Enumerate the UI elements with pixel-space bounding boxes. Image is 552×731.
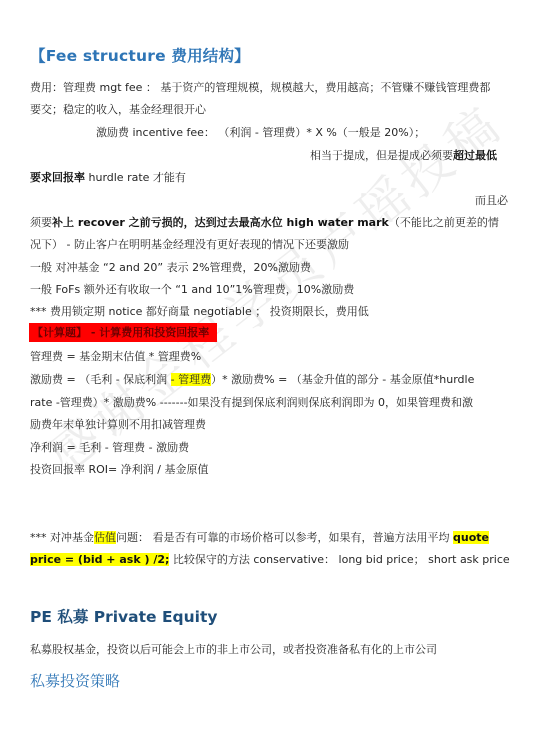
hwm-start: 须要 <box>30 216 52 229</box>
hwm-line-2: 况下） - 防止客户在明明基金经理没有更好表现的情况下还要激励 <box>30 238 349 252</box>
hurdle-line-1: 相当于提成，但是提成必须要超过最低 <box>310 149 497 163</box>
mgt-fee-line-2: 要交；稳定的收入，基金经理很开心 <box>30 103 206 117</box>
calc-question-label: 【计算题】 - 计算费用和投资回报率 <box>29 323 217 342</box>
calc-incentive-line-1: 激励费 = （毛利 - 保底利润 - 管理费）* 激励费% = （基金升值的部分… <box>30 373 474 387</box>
section-title-fee-structure: 【Fee structure 费用结构】 <box>30 44 250 66</box>
calc-mgt-fee: 管理费 = 基金期末估值 * 管理费% <box>30 350 201 364</box>
section-title-pe: PE 私募 Private Equity <box>30 605 217 627</box>
mgt-fee-line-1: 费用：管理费 mgt fee ： 基于资产的管理规模，规模越大，费用越高；不管赚… <box>30 81 490 95</box>
document-page: 感谢金程学员卢瑶投稿 【Fee structure 费用结构】 费用：管理费 m… <box>0 0 552 731</box>
incentive-part-a: 激励费 = （毛利 - 保底利润 <box>30 373 171 386</box>
quote-highlight-2: price = (bid + ask ) /2; <box>30 553 169 566</box>
valuation-line-2: price = (bid + ask ) /2; 比较保守的方法 conserv… <box>30 553 510 567</box>
incentive-part-b: ）* 激励费% = （基金升值的部分 - 基金原值*hurdle <box>211 373 474 386</box>
incentive-fee-line: 激励费 incentive fee： （利润 - 管理费）* X %（一般是 2… <box>96 126 425 140</box>
incentive-highlight: - 管理费 <box>171 373 211 386</box>
hwm-bold: 补上 recover 之前亏损的，达到过去最高水位 high water mar… <box>52 216 389 229</box>
hwm-prefix: 而且必 <box>475 194 508 208</box>
hurdle-line-2: 要求回报率 hurdle rate 才能有 <box>30 171 186 185</box>
hurdle-bold-1: 超过最低 <box>453 149 497 162</box>
hwm-suffix: （不能比之前更差的情 <box>389 216 499 229</box>
hurdle-prefix: 相当于提成，但是提成必须要 <box>310 149 453 162</box>
valuation-mid: 问题： 看是否有可靠的市场价格可以参考，如果有，普遍方法用平均 <box>116 531 453 544</box>
valuation-prefix: *** 对冲基金 <box>30 531 94 544</box>
valuation-suffix: 比较保守的方法 conservative： long bid price； sh… <box>169 553 509 566</box>
valuation-highlight: 估值 <box>94 531 116 544</box>
hurdle-bold-2: 要求回报率 <box>30 171 85 184</box>
fofs-fee-line: 一般 FoFs 额外还有收取一个 “1 and 10”1%管理费，10%激励费 <box>30 283 354 297</box>
subsection-title-pe-strategy: 私募投资策略 <box>30 670 120 691</box>
calc-incentive-line-3: 励费年末单独计算则不用扣减管理费 <box>30 418 206 432</box>
calc-net-profit: 净利润 = 毛利 - 管理费 - 激励费 <box>30 441 189 455</box>
hedge-fund-fee-line: 一般 对冲基金 “2 and 20” 表示 2%管理费，20%激励费 <box>30 261 311 275</box>
notice-line: *** 费用锁定期 notice 都好商量 negotiable ； 投资期限长… <box>30 305 369 319</box>
valuation-line-1: *** 对冲基金估值问题： 看是否有可靠的市场价格可以参考，如果有，普遍方法用平… <box>30 531 489 545</box>
calc-incentive-line-2: rate -管理费）* 激励费% -------如果没有提到保底利润则保底利润即… <box>30 396 473 410</box>
pe-description: 私募股权基金，投资以后可能会上市的非上市公司，或者投资准备私有化的上市公司 <box>30 643 437 657</box>
calc-roi: 投资回报率 ROI= 净利润 / 基金原值 <box>30 463 208 477</box>
hurdle-suffix: hurdle rate 才能有 <box>85 171 186 184</box>
hwm-line-1: 须要补上 recover 之前亏损的，达到过去最高水位 high water m… <box>30 216 499 230</box>
quote-highlight-1: quote <box>453 531 489 544</box>
